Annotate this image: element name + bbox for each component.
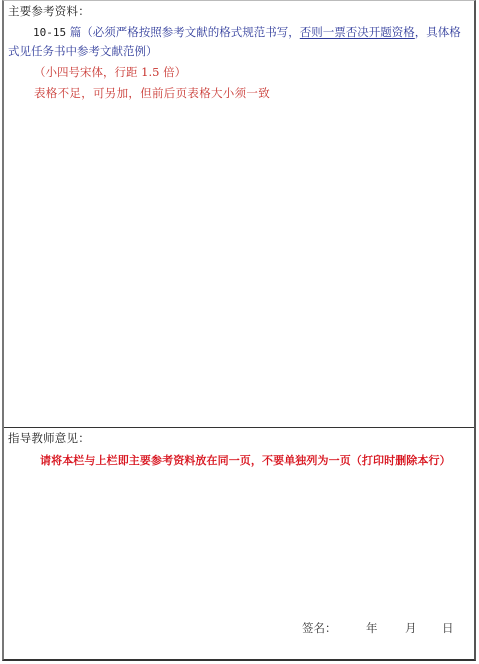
- references-label: 主要参考资料：: [8, 3, 90, 19]
- format-note: （小四号宋体，行距 1.5 倍）: [34, 63, 186, 81]
- advisor-instruction: 请将本栏与上栏即主要参考资料放在同一页，不要单独列为一页（打印时删除本行）: [40, 452, 451, 470]
- date-day-label: 日: [442, 620, 454, 636]
- reference-count: 10-15: [33, 26, 66, 39]
- date-year-label: 年: [366, 620, 378, 636]
- references-cell[interactable]: 主要参考资料： 10-15 篇（必须严格按照参考文献的格式规范书写，否则一票否决…: [4, 1, 474, 428]
- references-instruction: 10-15 篇（必须严格按照参考文献的格式规范书写，否则一票否决开题资格，具体格…: [8, 23, 468, 60]
- form-table: 主要参考资料： 10-15 篇（必须严格按照参考文献的格式规范书写，否则一票否决…: [2, 0, 476, 661]
- table-note: 表格不足，可另加，但前后页表格大小须一致: [34, 84, 270, 102]
- date-month-label: 月: [405, 620, 417, 636]
- signature-label: 签名：: [302, 620, 337, 636]
- advisor-label: 指导教师意见：: [8, 430, 90, 446]
- underlined-warning: 否则一票否决开题资格: [300, 25, 415, 39]
- instruction-text: 篇（必须严格按照参考文献的格式规范书写，: [66, 25, 300, 39]
